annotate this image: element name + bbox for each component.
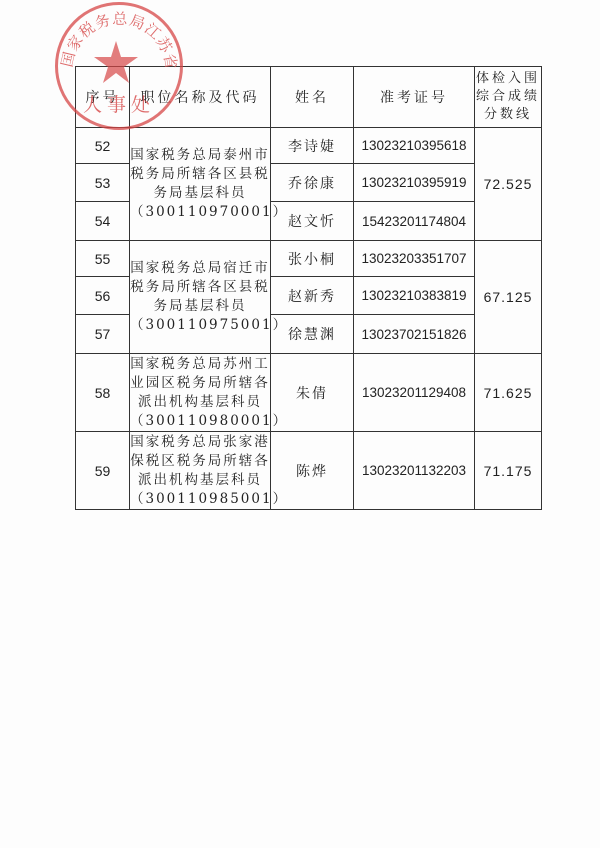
name-cell: 乔徐康 [271, 164, 354, 202]
document-page: 序号 职位名称及代码 姓名 准考证号 体检入围综合成绩分数线 52 国家税务总局… [0, 0, 600, 848]
seal-ring-text: 国家税务总局江苏省税务局 [58, 5, 180, 71]
seq-cell: 54 [76, 202, 130, 241]
seq-cell: 56 [76, 277, 130, 315]
name-cell: 张小桐 [271, 241, 354, 277]
score-cell: 71.175 [475, 432, 542, 510]
seq-cell: 57 [76, 315, 130, 354]
header-seq: 序号 [76, 67, 130, 128]
score-cell: 67.125 [475, 241, 542, 354]
header-name: 姓名 [271, 67, 354, 128]
seq-cell: 59 [76, 432, 130, 510]
ticket-cell: 13023702151826 [354, 315, 475, 354]
seq-cell: 53 [76, 164, 130, 202]
ticket-cell: 13023210383819 [354, 277, 475, 315]
ticket-cell: 13023210395919 [354, 164, 475, 202]
svg-text:国家税务总局江苏省税务局: 国家税务总局江苏省税务局 [58, 5, 180, 71]
header-score: 体检入围综合成绩分数线 [475, 67, 542, 128]
score-cell: 71.625 [475, 354, 542, 432]
name-cell: 赵新秀 [271, 277, 354, 315]
ticket-cell: 13023210395618 [354, 128, 475, 164]
header-position: 职位名称及代码 [130, 67, 271, 128]
table-row: 55 国家税务总局宿迁市税务局所辖各区县税务局基层科员（300110975001… [76, 241, 542, 277]
ticket-cell: 15423201174804 [354, 202, 475, 241]
ticket-cell: 13023203351707 [354, 241, 475, 277]
table-row: 58 国家税务总局苏州工业园区税务局所辖各派出机构基层科员（3001109800… [76, 354, 542, 432]
ticket-cell: 13023201129408 [354, 354, 475, 432]
table-row: 59 国家税务总局张家港保税区税务局所辖各派出机构基层科员（3001109850… [76, 432, 542, 510]
candidate-table: 序号 职位名称及代码 姓名 准考证号 体检入围综合成绩分数线 52 国家税务总局… [75, 66, 542, 510]
table-header-row: 序号 职位名称及代码 姓名 准考证号 体检入围综合成绩分数线 [76, 67, 542, 128]
seq-cell: 52 [76, 128, 130, 164]
seq-cell: 58 [76, 354, 130, 432]
score-cell: 72.525 [475, 128, 542, 241]
position-cell: 国家税务总局泰州市税务局所辖各区县税务局基层科员（300110970001） [130, 128, 271, 241]
header-ticket: 准考证号 [354, 67, 475, 128]
seq-cell: 55 [76, 241, 130, 277]
ticket-cell: 13023201132203 [354, 432, 475, 510]
position-cell: 国家税务总局苏州工业园区税务局所辖各派出机构基层科员（300110980001） [130, 354, 271, 432]
name-cell: 李诗婕 [271, 128, 354, 164]
table-row: 52 国家税务总局泰州市税务局所辖各区县税务局基层科员（300110970001… [76, 128, 542, 164]
position-cell: 国家税务总局宿迁市税务局所辖各区县税务局基层科员（300110975001） [130, 241, 271, 354]
position-cell: 国家税务总局张家港保税区税务局所辖各派出机构基层科员（300110985001） [130, 432, 271, 510]
